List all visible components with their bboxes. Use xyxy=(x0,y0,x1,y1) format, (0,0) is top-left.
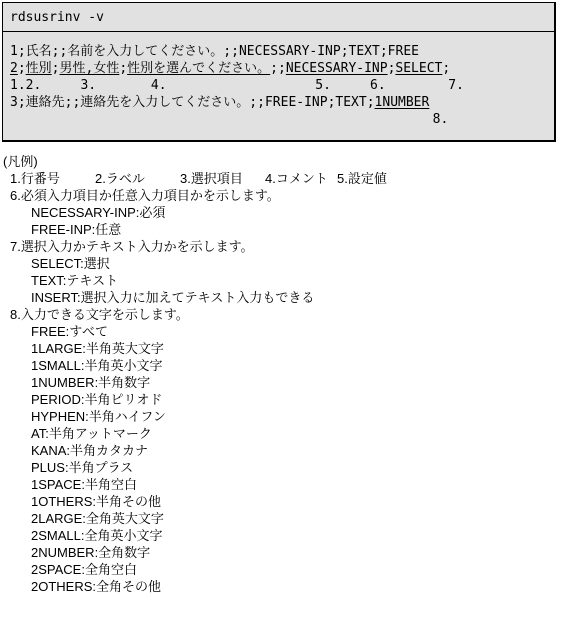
legend-entry: FREE-INP:任意 xyxy=(0,221,562,238)
legend-entry: 8.入力できる文字を示します。 xyxy=(0,306,562,323)
legend-entry: INSERT:選択入力に加えてテキスト入力もできる xyxy=(0,289,562,306)
legend-entry: PERIOD:半角ピリオド xyxy=(0,391,562,408)
terminal-example-box: rdsusrinv -v 1;氏名;;名前を入力してください。;;NECESSA… xyxy=(2,2,556,142)
legend-entry: 1NUMBER:半角数字 xyxy=(0,374,562,391)
legend-entry: 1OTHERS:半角その他 xyxy=(0,493,562,510)
inventory-record-line: 2;性別;男性,女性;性別を選んでください。;;NECESSARY-INP;SE… xyxy=(10,60,552,77)
legend-entry: TEXT:テキスト xyxy=(0,272,562,289)
command-line: rdsusrinv -v xyxy=(3,3,554,32)
inventory-record-line: 1;氏名;;名前を入力してください。;;NECESSARY-INP;TEXT;F… xyxy=(10,43,552,60)
field-number-marker-line: 8. xyxy=(10,111,552,128)
legend-entry: 1SPACE:半角空白 xyxy=(0,476,562,493)
legend-entry: 2LARGE:全角英大文字 xyxy=(0,510,562,527)
legend-field-label: 3.選択項目 xyxy=(180,170,265,187)
legend-entry: PLUS:半角プラス xyxy=(0,459,562,476)
legend-entry: NECESSARY-INP:必須 xyxy=(0,204,562,221)
legend-field-label: 2.ラベル xyxy=(95,170,180,187)
legend-entry: 1LARGE:半角英大文字 xyxy=(0,340,562,357)
legend-entry: AT:半角アットマーク xyxy=(0,425,562,442)
legend-entry: KANA:半角カタカナ xyxy=(0,442,562,459)
terminal-output: 1;氏名;;名前を入力してください。;;NECESSARY-INP;TEXT;F… xyxy=(3,32,554,140)
legend-entries: 6.必須入力項目か任意入力項目かを示します。NECESSARY-INP:必須FR… xyxy=(0,187,562,595)
field-number-marker-line: 1.2. 3. 4. 5. 6. 7. xyxy=(10,77,552,94)
legend-entry: HYPHEN:半角ハイフン xyxy=(0,408,562,425)
legend-field-row: 1.行番号2.ラベル3.選択項目4.コメント5.設定値 xyxy=(0,170,562,187)
legend-field-label: 4.コメント xyxy=(265,170,337,187)
legend-entry: 2SMALL:全角英小文字 xyxy=(0,527,562,544)
legend-entry: 7.選択入力かテキスト入力かを示します。 xyxy=(0,238,562,255)
legend-entry: FREE:すべて xyxy=(0,323,562,340)
legend-title: (凡例) xyxy=(0,153,562,170)
legend-entry: SELECT:選択 xyxy=(0,255,562,272)
inventory-record-line: 3;連絡先;;連絡先を入力してください。;;FREE-INP;TEXT;1NUM… xyxy=(10,94,552,111)
legend-entry: 2SPACE:全角空白 xyxy=(0,561,562,578)
legend-entry: 2NUMBER:全角数字 xyxy=(0,544,562,561)
legend-section: (凡例) 1.行番号2.ラベル3.選択項目4.コメント5.設定値 6.必須入力項… xyxy=(0,153,562,595)
legend-field-label: 5.設定値 xyxy=(337,170,387,187)
legend-entry: 1SMALL:半角英小文字 xyxy=(0,357,562,374)
legend-field-label: 1.行番号 xyxy=(10,170,95,187)
legend-entry: 6.必須入力項目か任意入力項目かを示します。 xyxy=(0,187,562,204)
legend-entry: 2OTHERS:全角その他 xyxy=(0,578,562,595)
